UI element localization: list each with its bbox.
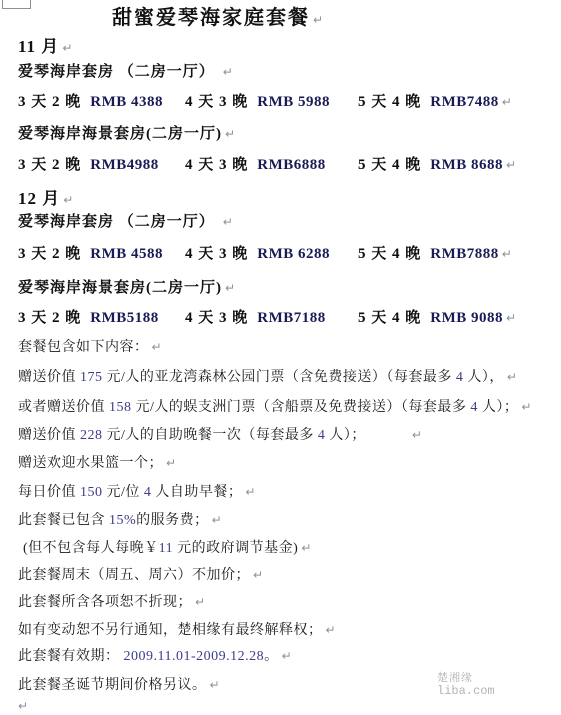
term-line: 此套餐周末（周五、周六）不加价；↵	[18, 568, 264, 584]
term-text: 如有变动恕不另行通知，楚相缘有最终解释权；	[18, 623, 323, 638]
term-line: 或者赠送价值 158 元/人的蜈支洲门票（含船票及免费接送）（每套最多 4 人）…	[18, 400, 532, 416]
room-name-nov-coast: 爱琴海岸套房 （二房一厅）↵	[18, 64, 234, 81]
paragraph-mark-icon: ↵	[166, 456, 177, 470]
paragraph-mark-icon: ↵	[506, 312, 516, 326]
price-cell: 4 天 3 晚RMB7188	[185, 310, 358, 327]
term-line: 此套餐已包含 15%的服务费；↵	[18, 513, 222, 529]
document-title-line: 甜蜜爱琴海家庭套餐↵	[0, 7, 561, 30]
paragraph-mark-icon: ↵	[225, 281, 236, 295]
stay-text: 4 天 3 晚	[185, 157, 248, 174]
paragraph-mark-icon: ↵	[253, 568, 264, 582]
price-text: RMB7888	[430, 246, 499, 263]
price-cell: 5 天 4 晚RMB 8688↵	[358, 157, 548, 174]
price-cell: 4 天 3 晚RMB 6288	[185, 246, 358, 263]
price-text: RMB5188	[90, 310, 159, 327]
price-row-dec-seaview: 3 天 2 晚RMB5188 4 天 3 晚RMB7188 5 天 4 晚RMB…	[18, 310, 548, 327]
month-text: 12 月	[18, 189, 60, 208]
watermark-brand: 楚湘缘	[437, 673, 495, 685]
price-text: RMB 9088	[430, 310, 503, 327]
price-text: RMB7188	[257, 310, 326, 327]
paragraph-mark-icon: ↵	[521, 400, 532, 414]
month-text: 11 月	[18, 37, 59, 56]
stay-text: 4 天 3 晚	[185, 246, 248, 263]
price-cell: 5 天 4 晚RMB 9088↵	[358, 310, 548, 327]
term-line: 此套餐圣诞节期间价格另议。↵	[18, 678, 220, 694]
price-text: RMB7488	[430, 94, 499, 111]
term-text: 或者赠送价值 158 元/人的蜈支洲门票（含船票及免费接送）（每套最多 4 人）…	[18, 400, 518, 415]
stay-text: 3 天 2 晚	[18, 157, 81, 174]
price-text: RMB 4588	[90, 246, 163, 263]
watermark: 楚湘缘 liba.com	[437, 673, 495, 697]
term-text: 此套餐所含各项恕不折现；	[18, 595, 192, 610]
term-text: 赠送价值 175 元/人的亚龙湾森林公园门票（含免费接送）（每套最多 4 人），	[18, 370, 504, 385]
term-line: 此套餐有效期： 2009.11.01-2009.12.28。↵	[18, 649, 292, 665]
paragraph-mark-icon: ↵	[502, 96, 512, 110]
stay-text: 3 天 2 晚	[18, 310, 81, 327]
stay-text: 5 天 4 晚	[358, 157, 421, 174]
price-cell: 3 天 2 晚RMB 4388	[18, 94, 185, 111]
paragraph-mark-icon: ↵	[502, 248, 512, 262]
paragraph-mark-icon: ↵	[282, 649, 293, 663]
paragraph-mark-icon: ↵	[223, 215, 234, 229]
month-label-november: 11 月↵	[18, 37, 73, 57]
paragraph-mark-icon: ↵	[507, 370, 518, 384]
term-text: (但不包含每人每晚￥11 元的政府调节基金)	[23, 541, 298, 556]
term-text: 此套餐已包含 15%的服务费；	[18, 513, 209, 528]
term-line: 此套餐所含各项恕不折现；↵	[18, 595, 206, 611]
price-text: RMB 5988	[257, 94, 330, 111]
stay-text: 3 天 2 晚	[18, 94, 81, 111]
room-name-text: 爱琴海岸套房 （二房一厅）	[18, 64, 215, 80]
term-text: 此套餐有效期： 2009.11.01-2009.12.28。	[18, 649, 279, 664]
price-row-nov-coast: 3 天 2 晚RMB 4388 4 天 3 晚RMB 5988 5 天 4 晚R…	[18, 94, 548, 111]
price-text: RMB6888	[257, 157, 326, 174]
term-text: 赠送欢迎水果篮一个；	[18, 456, 163, 471]
term-line: 每日价值 150 元/位 4 人自助早餐；↵	[18, 485, 256, 501]
room-name-dec-seaview: 爱琴海岸海景套房(二房一厅)↵	[18, 280, 236, 297]
price-cell: 3 天 2 晚RMB 4588	[18, 246, 185, 263]
term-text: 每日价值 150 元/位 4 人自助早餐；	[18, 485, 242, 500]
paragraph-mark-icon: ↵	[245, 485, 256, 499]
term-line: 如有变动恕不另行通知，楚相缘有最终解释权；↵	[18, 623, 336, 639]
paragraph-mark-icon: ↵	[152, 340, 163, 354]
price-cell: 3 天 2 晚RMB4988	[18, 157, 185, 174]
stay-text: 4 天 3 晚	[185, 310, 248, 327]
stay-text: 3 天 2 晚	[18, 246, 81, 263]
price-row-dec-coast: 3 天 2 晚RMB 4588 4 天 3 晚RMB 6288 5 天 4 晚R…	[18, 246, 548, 263]
paragraph-mark-icon: ↵	[223, 65, 234, 79]
document-title: 甜蜜爱琴海家庭套餐	[112, 7, 310, 29]
term-text: 套餐包含如下内容：	[18, 340, 149, 355]
paragraph-mark-icon: ↵	[210, 678, 221, 692]
price-cell: 4 天 3 晚RMB6888	[185, 157, 358, 174]
stay-text: 5 天 4 晚	[358, 246, 421, 263]
room-name-text: 爱琴海岸海景套房(二房一厅)	[18, 280, 222, 296]
room-name-dec-coast: 爱琴海岸套房 （二房一厅）↵	[18, 214, 234, 231]
paragraph-mark-icon: ↵	[63, 193, 74, 207]
stay-text: 5 天 4 晚	[358, 94, 421, 111]
term-text: 赠送价值 228 元/人的自助晚餐一次（每套最多 4 人）；	[18, 428, 366, 443]
term-line: 赠送价值 175 元/人的亚龙湾森林公园门票（含免费接送）（每套最多 4 人），…	[18, 370, 517, 386]
price-text: RMB 8688	[430, 157, 503, 174]
paragraph-mark-icon: ↵	[326, 623, 337, 637]
month-label-december: 12 月↵	[18, 189, 74, 209]
empty-paragraph: ↵	[18, 699, 29, 715]
term-line: (但不包含每人每晚￥11 元的政府调节基金)↵	[18, 541, 312, 557]
paragraph-mark-icon: ↵	[412, 428, 423, 442]
room-name-text: 爱琴海岸海景套房(二房一厅)	[18, 126, 222, 142]
paragraph-mark-icon: ↵	[225, 127, 236, 141]
paragraph-mark-icon: ↵	[301, 541, 312, 555]
price-text: RMB4988	[90, 157, 159, 174]
watermark-site: liba.com	[437, 685, 495, 698]
paragraph-mark-icon: ↵	[195, 595, 206, 609]
price-row-nov-seaview: 3 天 2 晚RMB4988 4 天 3 晚RMB6888 5 天 4 晚RMB…	[18, 157, 548, 174]
term-text: 此套餐周末（周五、周六）不加价；	[18, 568, 250, 583]
paragraph-mark-icon: ↵	[313, 13, 325, 27]
price-cell: 5 天 4 晚RMB7888↵	[358, 246, 548, 263]
term-text: 此套餐圣诞节期间价格另议。	[18, 678, 207, 693]
price-cell: 4 天 3 晚RMB 5988	[185, 94, 358, 111]
stay-text: 5 天 4 晚	[358, 310, 421, 327]
paragraph-mark-icon: ↵	[62, 41, 73, 55]
price-text: RMB 6288	[257, 246, 330, 263]
price-cell: 5 天 4 晚RMB7488↵	[358, 94, 548, 111]
price-text: RMB 4388	[90, 94, 163, 111]
stay-text: 4 天 3 晚	[185, 94, 248, 111]
term-line: 赠送欢迎水果篮一个；↵	[18, 456, 177, 472]
paragraph-mark-icon: ↵	[506, 159, 516, 173]
term-line: 套餐包含如下内容：↵	[18, 340, 162, 356]
paragraph-mark-icon: ↵	[18, 699, 29, 713]
room-name-text: 爱琴海岸套房 （二房一厅）	[18, 214, 215, 230]
term-line: 赠送价值 228 元/人的自助晚餐一次（每套最多 4 人）；↵	[18, 428, 422, 444]
paragraph-mark-icon: ↵	[212, 513, 223, 527]
room-name-nov-seaview: 爱琴海岸海景套房(二房一厅)↵	[18, 126, 236, 143]
document-page: 甜蜜爱琴海家庭套餐↵ 11 月↵ 爱琴海岸套房 （二房一厅）↵ 3 天 2 晚R…	[0, 0, 561, 715]
price-cell: 3 天 2 晚RMB5188	[18, 310, 185, 327]
